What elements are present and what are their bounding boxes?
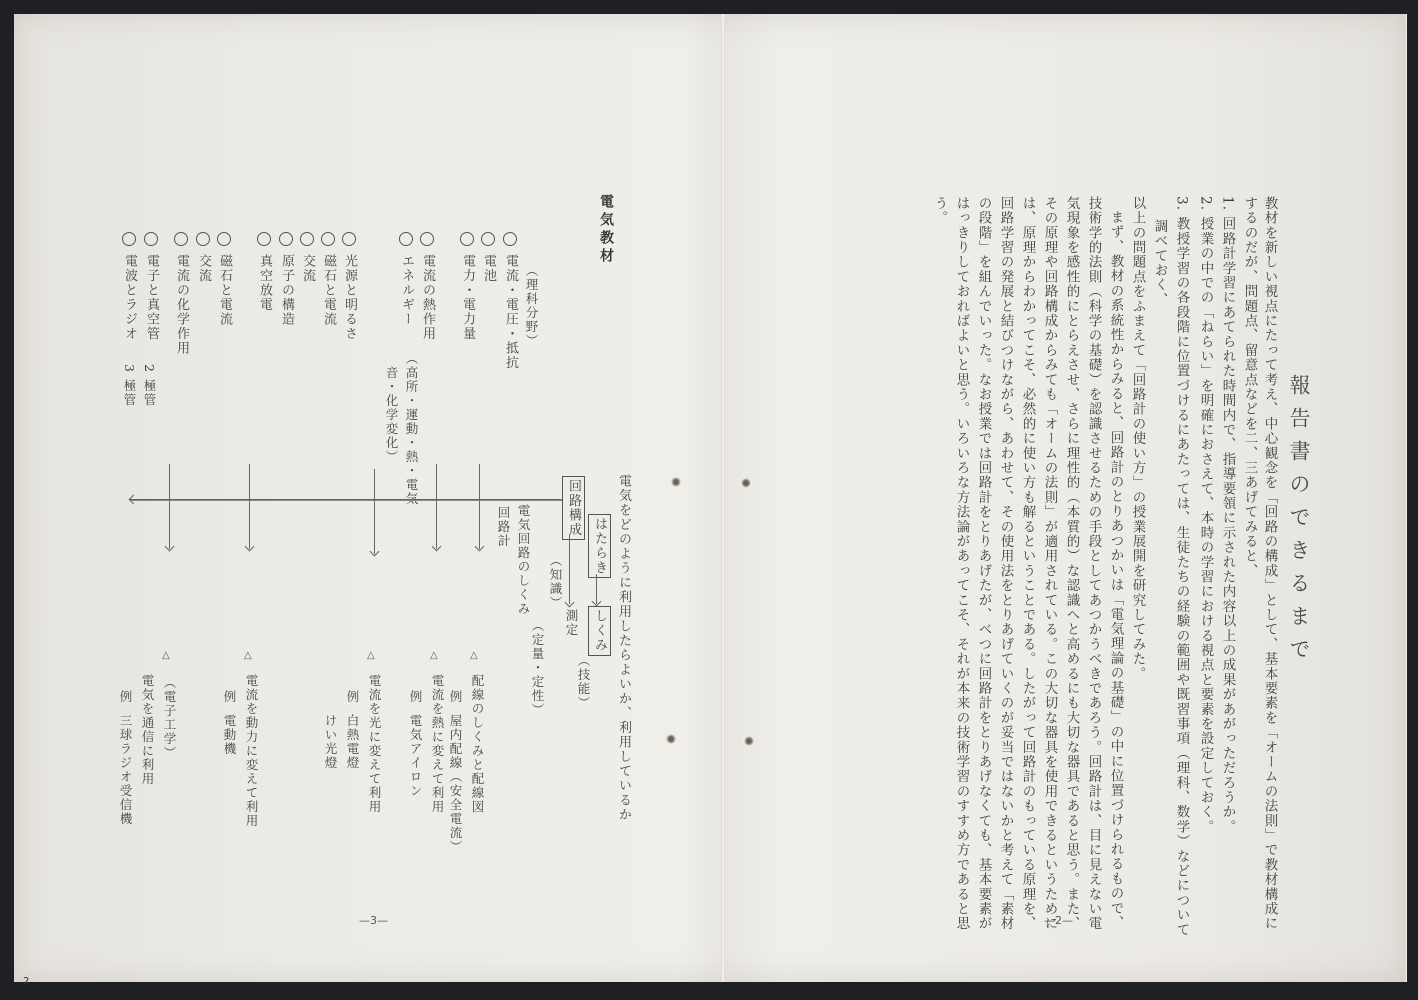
page-title: 報告書のできるまで [1284, 374, 1314, 671]
topic-item: 光源と明るさ [340, 254, 359, 341]
topic-item: 交流 [194, 254, 213, 283]
triangle-bullet-icon: △ [162, 650, 170, 661]
arrow-down-icon [592, 597, 602, 607]
text-line: の段階」を組んでいった。なお授業では回路計をとりあげたが、べつに回路計をとりあげ… [976, 196, 990, 931]
example-text: 電気アイロン [406, 714, 424, 798]
bullet-circle-icon [420, 232, 434, 246]
circuit-meter-label: 回路計 [494, 506, 512, 548]
bullet-circle-icon [321, 232, 335, 246]
text-line: 回路学習の発展と結びつけながら、あわせて、その使用法をとりあげていくのが妥当では… [998, 196, 1012, 931]
branch-line [374, 469, 375, 554]
box-shikumi: しくみ [588, 606, 611, 656]
staple-hole [669, 477, 683, 487]
bullet-circle-icon [399, 232, 413, 246]
document-spread: 報告書のできるまで 教材を新しい視点にたって考え、中心観念を「回路の構成」として… [14, 14, 1407, 982]
text-line: 気現象を感性的にとらえさせ、さらに理性的（本質的）な認識へと高めるにも大切な器具… [1064, 196, 1078, 931]
example-text: 白熱電燈 [343, 714, 361, 770]
bullet-circle-icon [174, 232, 188, 246]
example-label: 例 [116, 690, 134, 704]
triangle-bullet-icon: △ [430, 650, 438, 661]
knowledge-label: （知識） [546, 554, 564, 610]
topic-item: 原子の構造 [277, 254, 296, 327]
main-axis-line [130, 499, 562, 501]
section-heading: 電気教材 [596, 194, 616, 266]
example-text: 屋内配線（安全電流） [446, 714, 464, 854]
bullet-circle-icon [196, 232, 210, 246]
text-line: まず、教材の系統性からみると、回路計のとりあつかいは「電気理論の基礎」の中に位置… [1108, 210, 1122, 930]
text-line: う。 [932, 196, 946, 225]
topic-item: 電子と真空管 [142, 254, 161, 341]
topic-item: 電波とラジオ [120, 254, 139, 341]
item-note: 2 極管 [140, 364, 158, 407]
bullet-circle-icon [279, 232, 293, 246]
double-arrow-line [569, 534, 570, 604]
bullet-circle-icon [257, 232, 271, 246]
item-note: 3 極管 [120, 364, 138, 407]
arrow-down-icon [475, 542, 485, 552]
text-line: その原理や回路構成からみても「オームの法則」が適用されている。この大切な器具を使… [1042, 196, 1056, 931]
text-line: 以上の問題点をふまえて「回路計の使い方」の授業展開を研究してみた。 [1130, 196, 1144, 681]
app-title: 電流を熱に変えて利用 [428, 674, 446, 814]
topic-item: 電流・電圧・抵抗 [501, 254, 520, 370]
bullet-circle-icon [144, 232, 158, 246]
arrow-down-icon [432, 542, 442, 552]
circuit-mechanism-label: 電気回路のしくみ [514, 504, 532, 616]
app-title: 電気を通信に利用 [138, 674, 156, 786]
topic-item: 磁石と電流 [215, 254, 234, 327]
topic-item: エネルギー [397, 254, 416, 327]
example-label: 例 [406, 690, 424, 704]
bullet-circle-icon [342, 232, 356, 246]
item-note: （高所・運動・熱・電気 [402, 352, 420, 506]
branch-line [479, 464, 480, 549]
subheading: （理科分野） [522, 264, 540, 348]
app-title: 電流を動力に変えて利用 [242, 674, 260, 828]
staple-hole [664, 734, 678, 744]
page-number: —2— [1044, 914, 1073, 927]
bullet-circle-icon [503, 232, 517, 246]
app-title: 電流を光に変えて利用 [365, 674, 383, 814]
arrow-down-icon [245, 542, 255, 552]
staple-hole [742, 736, 756, 746]
text-line: するのだが、問題点、留意点などを二、三あげてみると、 [1242, 196, 1256, 578]
topic-item: 真空放電 [255, 254, 274, 312]
triangle-bullet-icon: △ [367, 650, 375, 661]
arrow-down-icon [165, 542, 175, 552]
page-number: —3— [359, 914, 388, 927]
arrow-down-icon [565, 598, 575, 608]
example-text: けい光燈 [321, 714, 339, 770]
arrow-left-icon [129, 495, 139, 505]
center-fold [721, 14, 725, 982]
triangle-bullet-icon: △ [470, 650, 478, 661]
example-text: 電動機 [220, 714, 238, 756]
topic-item: 磁石と電流 [319, 254, 338, 327]
box-hataraki: はたらき [588, 514, 611, 578]
branch-line [436, 464, 437, 549]
bullet-circle-icon [300, 232, 314, 246]
topic-item: 電流の化学作用 [172, 254, 191, 356]
example-label: 例 [220, 690, 238, 704]
text-line: 2. 授業の中での「ねらい」を明確におさえて、本時の学習における視点と要素を設定… [1198, 196, 1212, 834]
text-line: は、原理からわかってこそ、必然的に使い方も解るということである。したがって回路計… [1020, 196, 1034, 931]
branch-line [249, 464, 250, 549]
staple-hole [739, 478, 753, 488]
topic-item: 交流 [298, 254, 317, 283]
example-label: 例 [446, 690, 464, 704]
skill-label: （技能） [574, 654, 592, 710]
bullet-circle-icon [481, 232, 495, 246]
branch-line [169, 464, 170, 549]
text-line: 1. 回路計学習にあてられた時間内で、指導要領に示された内容以上の成果があがった… [1220, 196, 1234, 834]
text-line: 教材を新しい視点にたって考え、中心観念を「回路の構成」として、基本要素を「オーム… [1262, 196, 1276, 931]
diagram-question: 電気をどのように利用したらよいか、利用しているか [614, 474, 633, 822]
quant-label: （定量・定性） [528, 619, 546, 717]
text-line: 技術学的法則（科学の基礎）を認識させるための手段としてあつかうべきであろう。回路… [1086, 196, 1100, 931]
app-prefix: （電子工学） [160, 676, 178, 760]
text-line: 調べておく、 [1152, 219, 1166, 307]
measure-label: 測定 [562, 609, 580, 637]
bullet-circle-icon [460, 232, 474, 246]
text-line: はっきりしておればよいと思う。いろいろな方法論があってこそ、それが本来の技術学習… [954, 196, 968, 931]
bullet-circle-icon [122, 232, 136, 246]
topic-item: 電力・電力量 [458, 254, 477, 341]
item-note: 音・化学変化） [382, 366, 400, 464]
text-line: 3. 教授学習の各段階に位置づけるにあたっては、生徒たちの経験の範囲や既習事項（… [1174, 196, 1188, 937]
corner-mark: 2 [23, 976, 29, 987]
arrow-down-icon [370, 547, 380, 557]
triangle-bullet-icon: △ [244, 650, 252, 661]
example-text: 三球ラジオ受信機 [116, 714, 134, 826]
box-kairo-kosei: 回路構成 [562, 476, 585, 540]
topic-item: 電流の熱作用 [418, 254, 437, 341]
example-label: 例 [343, 690, 361, 704]
bullet-circle-icon [217, 232, 231, 246]
app-title: 配線のしくみと配線図 [468, 674, 486, 814]
topic-item: 電池 [479, 254, 498, 283]
